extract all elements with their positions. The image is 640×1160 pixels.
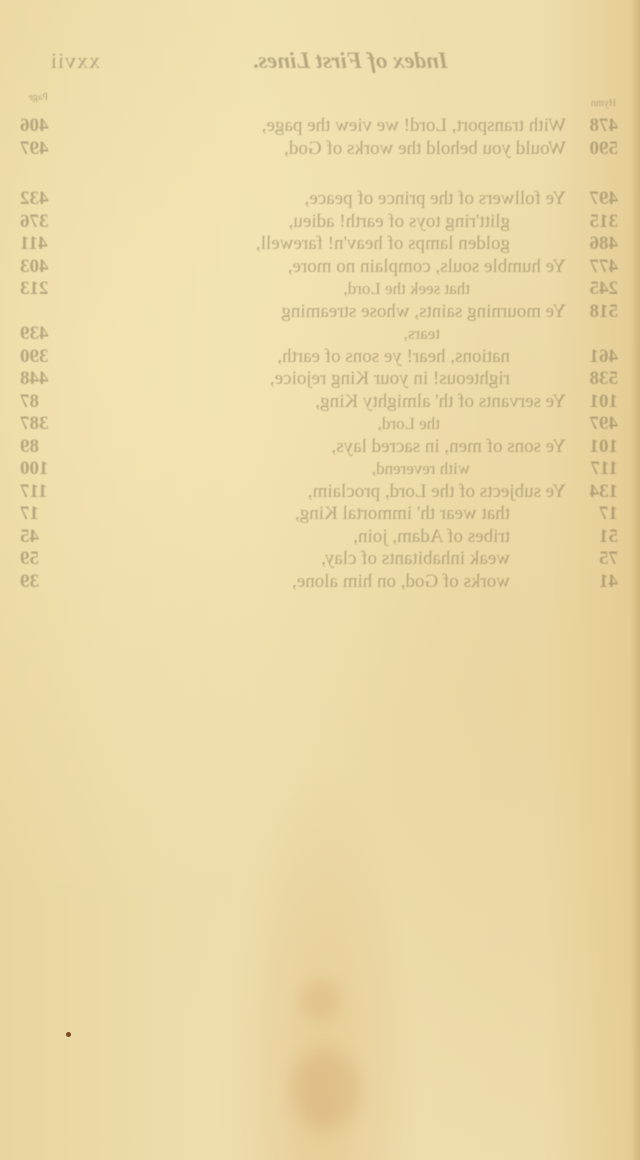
first-line: Ye humble souls, complain no more,: [288, 256, 566, 278]
page-ref: 403: [20, 256, 80, 278]
index-row: 478 With transport, Lord! we view the pa…: [0, 115, 640, 138]
hymn-column-label: Hymn: [591, 98, 616, 109]
hymn-number: 518: [568, 301, 618, 323]
hymn-number: 497: [568, 188, 618, 210]
page-column-label: Page: [29, 92, 48, 103]
first-line: Ye servants of th' almighty King,: [315, 391, 566, 413]
first-line: Ye subjects of the Lord, proclaim,: [308, 481, 566, 503]
index-row: 75 weak inhabitants of clay, 59: [0, 548, 640, 571]
page-ref: 439: [20, 323, 80, 345]
hymn-number: 478: [568, 115, 618, 137]
index-row: 117 with reverend, 100: [0, 458, 640, 481]
page-number: xxvii: [50, 48, 100, 74]
index-row: 538 righteous! in your King rejoice, 448: [0, 368, 640, 391]
first-line: nations, hear! ye sons of earth,: [277, 346, 510, 368]
first-line: with reverend,: [372, 458, 470, 480]
section-gap: [0, 174, 640, 188]
first-line: Ye follwers of the prince of peace,: [305, 188, 566, 210]
hymn-number: 590: [568, 138, 618, 160]
hymn-number: 134: [568, 481, 618, 503]
index-row: 518 Ye mourning saints, whose streaming: [0, 301, 640, 324]
hymn-number: 538: [568, 368, 618, 390]
index-entries: 478 With transport, Lord! we view the pa…: [0, 115, 640, 593]
index-row: 245 that seek the Lord, 213: [0, 278, 640, 301]
page-ref: 59: [20, 548, 80, 570]
hymn-number: 117: [568, 458, 618, 480]
page-ref: 117: [20, 481, 80, 503]
first-line: righteous! in your King rejoice,: [270, 368, 510, 390]
index-row: 101 Ye servants of th' almighty King, 87: [0, 391, 640, 414]
first-line: Would you behold the works of God,: [284, 138, 566, 160]
first-line: tribes of Adam, join,: [353, 526, 510, 548]
page-ref: 213: [20, 278, 80, 300]
hymn-number: 41: [568, 571, 618, 593]
ink-speck: [66, 1032, 71, 1037]
index-row: 41 works of God, on him alone, 39: [0, 571, 640, 594]
index-row: 51 tribes of Adam, join, 45: [0, 526, 640, 549]
page-ref: 89: [20, 436, 80, 458]
page-ref: 432: [20, 188, 80, 210]
foxing-stain: [290, 1050, 360, 1130]
first-line: With transport, Lord! we view the page,: [262, 115, 566, 137]
hymn-number: 315: [568, 211, 618, 233]
hymn-number: 486: [568, 233, 618, 255]
page-ref: 448: [20, 368, 80, 390]
index-row: 497 Ye follwers of the prince of peace, …: [0, 188, 640, 211]
first-line: works of God, on him alone,: [292, 571, 510, 593]
page-ref: 100: [20, 458, 80, 480]
page-ref: 376: [20, 211, 80, 233]
foxing-stain: [300, 980, 340, 1020]
index-row: 134 Ye subjects of the Lord, proclaim, 1…: [0, 481, 640, 504]
hymn-number: 101: [568, 436, 618, 458]
page-ref: 406: [20, 115, 80, 137]
index-row: 101 Ye sons of men, in sacred lays, 89: [0, 436, 640, 459]
hymn-number: 75: [568, 548, 618, 570]
index-row: 315 glitt'ring toys of earth! adieu, 376: [0, 211, 640, 234]
index-row: 477 Ye humble souls, complain no more, 4…: [0, 256, 640, 279]
index-row: 461 nations, hear! ye sons of earth, 390: [0, 346, 640, 369]
hymn-number: 245: [568, 278, 618, 300]
first-line: glitt'ring toys of earth! adieu,: [289, 211, 510, 233]
page-ref: 497: [20, 138, 80, 160]
hymn-number: 461: [568, 346, 618, 368]
first-line: Ye sons of men, in sacred lays,: [332, 436, 567, 458]
first-line: golden lamps of heav'n! farewell,: [256, 233, 510, 255]
first-line: Ye mourning saints, whose streaming: [281, 301, 566, 323]
page-title: Index of First Lines.: [200, 48, 500, 74]
page-ref: 387: [20, 413, 80, 435]
hymn-number: 101: [568, 391, 618, 413]
hymn-number: 51: [568, 526, 618, 548]
hymn-number: 497: [568, 413, 618, 435]
first-line: that wear th' immortal King,: [295, 503, 510, 525]
page-ref: 390: [20, 346, 80, 368]
page-ref: 411: [20, 233, 80, 255]
page-ref: 17: [20, 503, 80, 525]
first-line: the Lord,: [378, 413, 440, 435]
index-row: 17 that wear th' immortal King, 17: [0, 503, 640, 526]
running-header: Index of First Lines. xxvii: [10, 48, 620, 78]
column-labels: Hymn Page: [0, 98, 640, 114]
page-ref: 45: [20, 526, 80, 548]
index-row: 590 Would you behold the works of God, 4…: [0, 138, 640, 161]
section-gap: [0, 160, 640, 174]
first-line: tears,: [404, 323, 440, 345]
first-line: that seek the Lord,: [343, 278, 470, 300]
mirrored-bleed-through-text: Index of First Lines. xxvii Hymn Page 47…: [0, 0, 640, 760]
page-ref: 87: [20, 391, 80, 413]
page-ref: 39: [20, 571, 80, 593]
index-row: 497 the Lord, 387: [0, 413, 640, 436]
hymn-number: 17: [568, 503, 618, 525]
first-line: weak inhabitants of clay,: [321, 548, 510, 570]
index-row: tears, 439: [0, 323, 640, 346]
index-row: 486 golden lamps of heav'n! farewell, 41…: [0, 233, 640, 256]
hymn-number: 477: [568, 256, 618, 278]
